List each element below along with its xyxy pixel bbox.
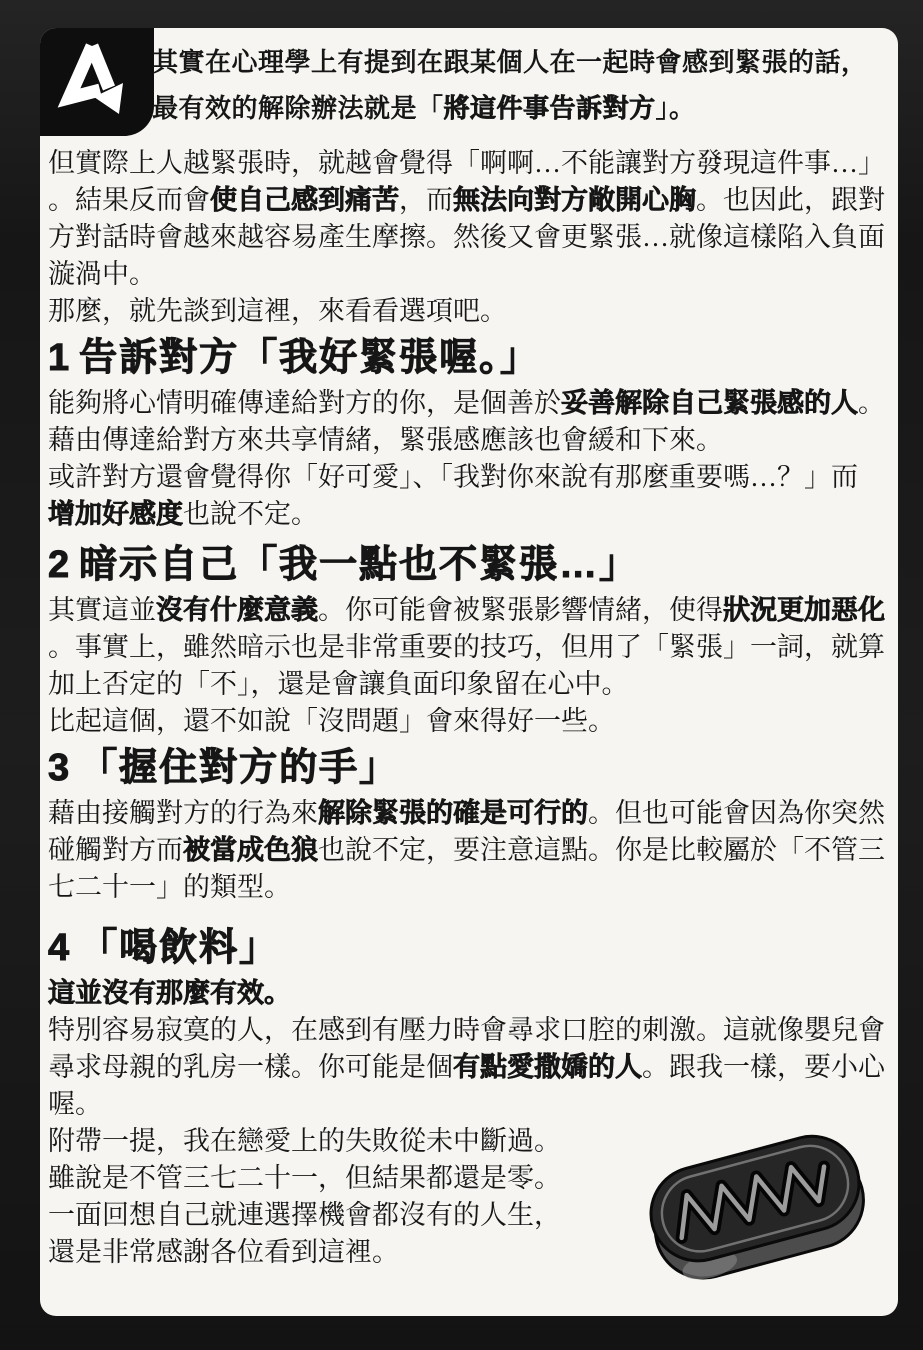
answer-arrow-icon bbox=[40, 28, 154, 136]
option-section-2: 2暗示自己「我一點也不緊張…」 其實這並沒有什麼意義。你可能會被緊張影響情緒，使… bbox=[48, 542, 890, 740]
option-3-number: 3 bbox=[48, 747, 71, 789]
option-2-title: 2暗示自己「我一點也不緊張…」 bbox=[48, 542, 890, 588]
option-2-title-text: 暗示自己「我一點也不緊張…」 bbox=[79, 544, 639, 586]
option-3-title: 3「握住對方的手」 bbox=[48, 745, 890, 791]
content-panel: 其實在心理學上有提到在跟某個人在一起時會感到緊張的話，最有效的解除辦法就是「將這… bbox=[40, 28, 898, 1316]
option-4-title: 4「喝飲料」 bbox=[48, 925, 890, 971]
option-4-title-text: 「喝飲料」 bbox=[79, 927, 279, 969]
scanned-page: { "colors": { "page_background": "#1b1b1… bbox=[0, 0, 923, 1350]
option-1-title-text: 告訴對方「我好緊張喔。」 bbox=[79, 337, 540, 379]
option-4-body: 這並沒有那麼有效。特別容易寂寞的人，在感到有壓力時會尋求口腔的刺激。這就像嬰兒會… bbox=[48, 975, 890, 1123]
option-1-title: 1告訴對方「我好緊張喔。」 bbox=[48, 335, 890, 381]
option-2-body: 其實這並沒有什麼意義。你可能會被緊張影響情緒，使得狀況更加惡化。事實上，雖然暗示… bbox=[48, 592, 890, 740]
option-section-3: 3「握住對方的手」 藉由接觸對方的行為來解除緊張的確是可行的。但也可能會因為你突… bbox=[48, 745, 890, 906]
intro-text: 其實在心理學上有提到在跟某個人在一起時會感到緊張的話，最有效的解除辦法就是「將這… bbox=[152, 40, 892, 132]
option-3-title-text: 「握住對方的手」 bbox=[79, 747, 399, 789]
option-1-number: 1 bbox=[48, 337, 71, 379]
option-section-1: 1告訴對方「我好緊張喔。」 能夠將心情明確傳達給對方的你，是個善於妥善解除自己緊… bbox=[48, 335, 890, 533]
mitochondrion-illustration bbox=[638, 1118, 888, 1318]
page-content: 但實際上人越緊張時，就越會覺得「啊啊…不能讓對方發現這件事…」。結果反而會使自己… bbox=[48, 136, 890, 1271]
option-3-body: 藉由接觸對方的行為來解除緊張的確是可行的。但也可能會因為你突然碰觸對方而被當成色… bbox=[48, 795, 890, 906]
option-section-4: 4「喝飲料」 這並沒有那麼有效。特別容易寂寞的人，在感到有壓力時會尋求口腔的刺激… bbox=[48, 925, 890, 1123]
option-2-number: 2 bbox=[48, 544, 71, 586]
answer-badge bbox=[40, 28, 154, 136]
mitochondrion-icon bbox=[638, 1118, 888, 1318]
lead-paragraph: 但實際上人越緊張時，就越會覺得「啊啊…不能讓對方發現這件事…」。結果反而會使自己… bbox=[48, 145, 890, 330]
option-1-body: 能夠將心情明確傳達給對方的你，是個善於妥善解除自己緊張感的人。藉由傳達給對方來共… bbox=[48, 385, 890, 533]
option-4-number: 4 bbox=[48, 927, 71, 969]
